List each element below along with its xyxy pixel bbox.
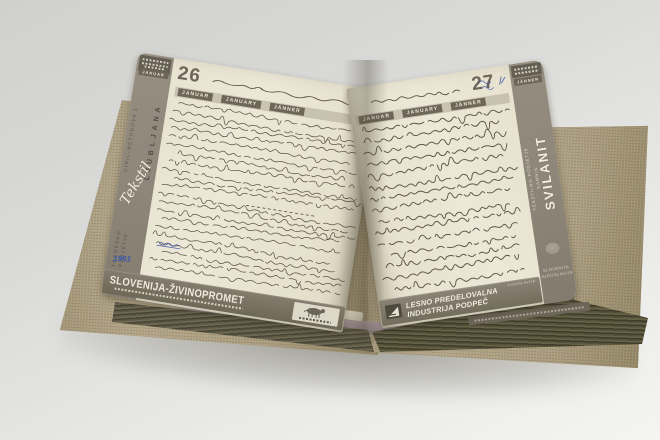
- diary-page-right: JÄNNER SVILANIT TEKSTILNO PODJETJE KAMNI…: [346, 60, 578, 329]
- handwritten-entry-left: [144, 96, 370, 305]
- handwritten-entry-right: [357, 101, 534, 300]
- sawmill-logo: [385, 303, 403, 319]
- diary-page-left: JANUAR LJUBLJANA CIRIL-METODOVA 1 Teksti…: [100, 52, 380, 332]
- photo-open-diary: JANUAR LJUBLJANA CIRIL-METODOVA 1 Teksti…: [0, 0, 660, 440]
- ad-corner-label: JUGOSLAVIJA: [507, 279, 536, 287]
- cow-illustration-panel: [292, 302, 340, 327]
- country-label: SLOVENIJA JUGOSLAVIJA: [539, 263, 574, 279]
- brand-emblem: [543, 239, 563, 261]
- handwritten-year: 1961: [113, 254, 131, 264]
- page-number: 26: [176, 63, 202, 88]
